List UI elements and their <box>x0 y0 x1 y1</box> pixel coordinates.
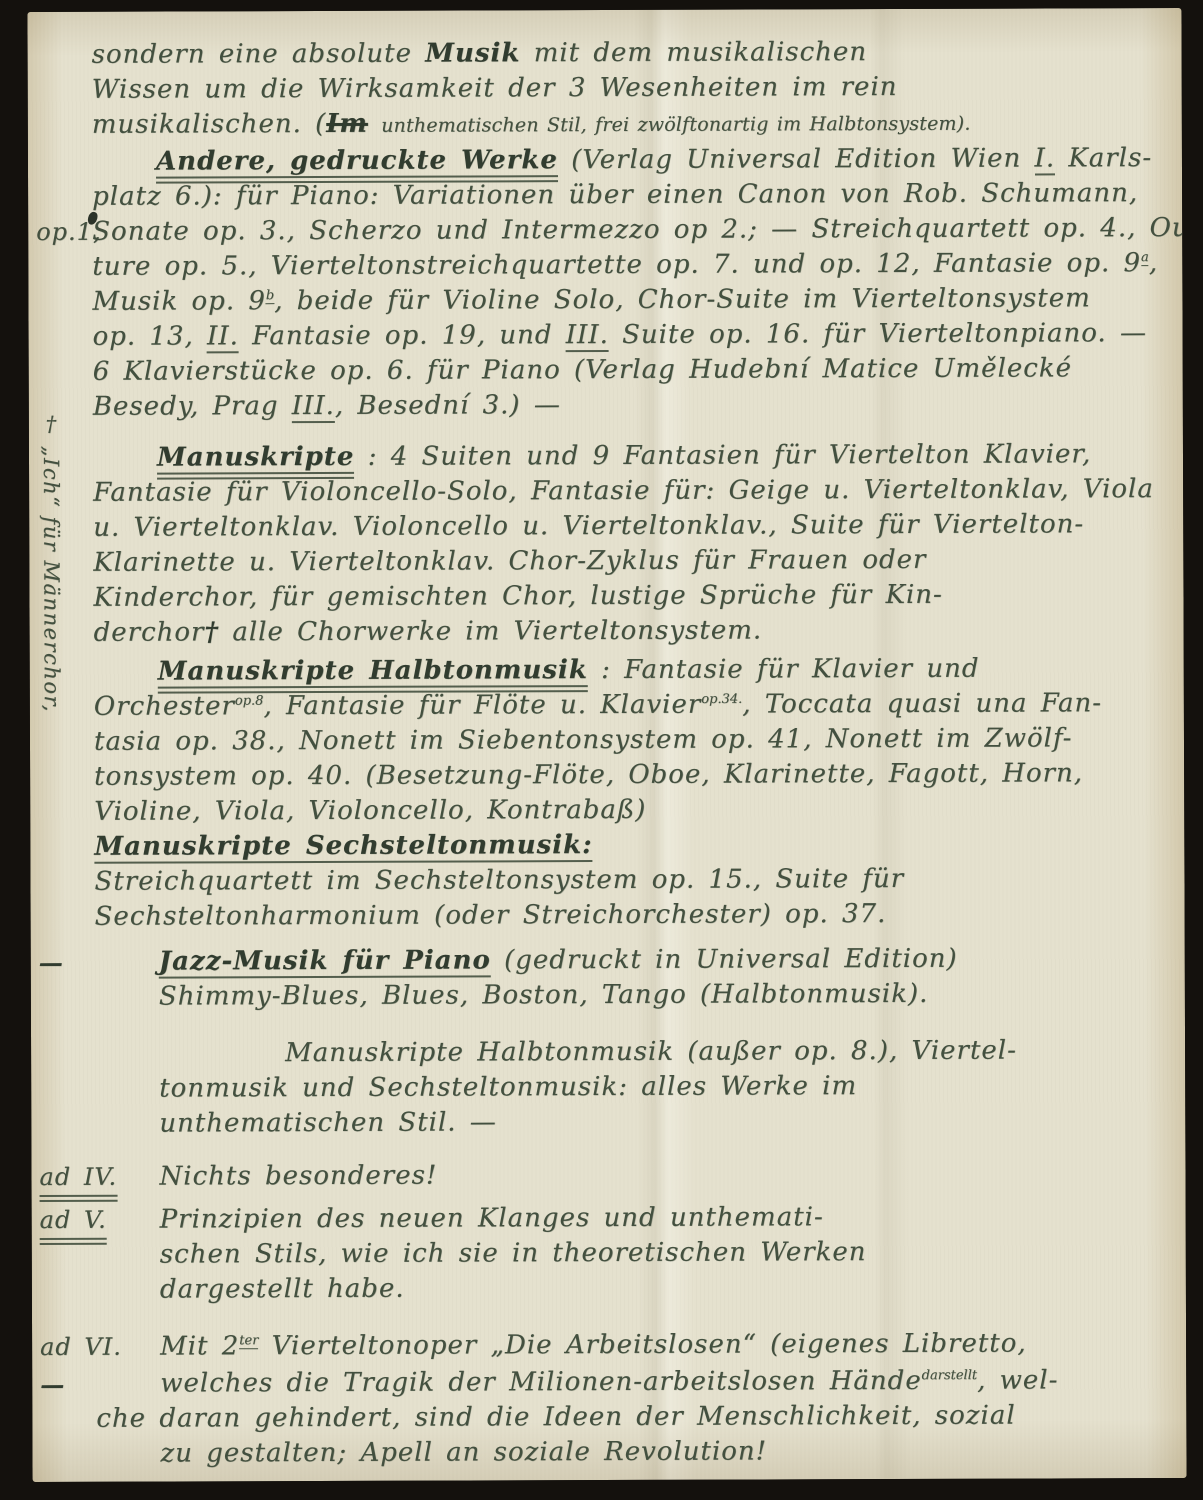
text-segment: zu gestalten; Apell an soziale Revolutio… <box>160 1436 767 1468</box>
text-segment: welches die Tragik der Milionen-arbeitsl… <box>160 1366 922 1399</box>
text-segment: Orchester <box>94 691 235 721</box>
text-segment: Prinzipien des neuen Klanges und unthema… <box>160 1202 824 1234</box>
manuscript-line: Wissen um die Wirksamkeit der 3 Wesenhei… <box>92 69 1158 108</box>
text-segment: Manuskripte <box>157 442 355 480</box>
text-segment: II. <box>207 321 239 353</box>
text-segment: (gedruckt in Universal Edition) <box>491 944 958 976</box>
text-segment: Violine, Viola, Violoncello, Kontrabaß) <box>94 795 646 827</box>
text-segment: sondern eine absolute <box>92 39 426 70</box>
text-segment: Jazz-Musik für Piano <box>159 945 491 978</box>
manuscript-line: Manuskripte Halbtonmusik (außer op. 8.),… <box>95 1033 1161 1072</box>
text-segment: ter <box>239 1334 258 1350</box>
margin-label: — <box>40 1367 65 1402</box>
text-segment: Musik <box>425 38 520 68</box>
photograph-background: { "page": { "background_color": "#14110d… <box>0 0 1203 1500</box>
text-segment: op.8 <box>235 694 264 709</box>
manuscript-line: —welches die Tragik der Milionen-arbeits… <box>96 1363 1162 1402</box>
manuscript-page: † „Ich“ für Männerchor, sondern eine abs… <box>27 8 1186 1482</box>
manuscript-line: 6 Klavierstücke op. 6. für Piano (Verlag… <box>93 351 1159 390</box>
manuscript-line: tasia op. 38., Nonett im Siebentonsystem… <box>94 721 1160 760</box>
manuscript-line: Klarinette u. Vierteltonklav. Chor-Zyklu… <box>93 542 1159 581</box>
text-segment: tonsystem op. 40. (Besetzung-Flöte, Oboe… <box>94 758 1083 791</box>
text-segment: Sechsteltonharmonium (oder Streichorches… <box>95 899 887 932</box>
text-segment: mit dem musikalischen <box>520 37 867 68</box>
text-segment: Nichts besonderes! <box>159 1161 437 1192</box>
manuscript-line: Manuskripte : 4 Suiten und 9 Fantasien f… <box>93 437 1159 476</box>
text-segment: Vierteltonoper „Die Arbeitslosen“ (eigen… <box>258 1329 1026 1362</box>
text-segment: , Fantasie für Flöte u. Klavier <box>263 690 701 722</box>
manuscript-line: dargestellt habe. <box>96 1269 1162 1308</box>
manuscript-line: che daran gehindert, sind die Ideen der … <box>96 1398 1162 1437</box>
manuscript-line: ture op. 5., Vierteltonstreichquartette … <box>92 246 1158 285</box>
text-segment: III. <box>292 391 335 423</box>
manuscript-line: sondern eine absolute Musik mit dem musi… <box>92 34 1158 73</box>
text-segment: op. 13, <box>93 321 208 351</box>
text-segment: Sonate op. 3., Scherzo und Intermezzo op… <box>92 213 1186 247</box>
manuscript-line: ad VI.Mit 2ter Vierteltonoper „Die Arbei… <box>96 1326 1162 1365</box>
text-segment: platz 6.): für Piano: Variationen über e… <box>92 178 1138 212</box>
manuscript-line: u. Vierteltonklav. Violoncello u. Vierte… <box>93 507 1159 546</box>
text-segment: , wel- <box>977 1365 1058 1395</box>
text-segment: : Fantasie für Klavier und <box>588 654 980 685</box>
manuscript-lines: sondern eine absolute Musik mit dem musi… <box>92 34 1163 1472</box>
text-segment: Manuskripte Halbtonmusik (außer op. 8.),… <box>285 1036 1017 1069</box>
manuscript-line: Kinderchor, für gemischten Chor, lustige… <box>93 577 1159 616</box>
text-segment: unthematischen Stil, frei zwölftonartig … <box>381 113 970 137</box>
text-segment: Fantasie für Violoncello-Solo, Fantasie … <box>93 474 1154 508</box>
text-segment: Suite op. 16. für Vierteltonpiano. — <box>609 318 1147 350</box>
margin-note-vertical: † „Ich“ für Männerchor, <box>39 412 65 852</box>
manuscript-line: musikalischen. (Im unthematischen Stil, … <box>92 104 1158 145</box>
manuscript-line: Violine, Viola, Violoncello, Kontrabaß) <box>94 791 1160 830</box>
text-segment: , Toccata quasi una Fan- <box>742 688 1102 719</box>
text-segment: † <box>204 617 219 647</box>
manuscript-line: op. 13, II. Fantasie op. 19, und III. Su… <box>93 316 1159 355</box>
manuscript-line: Besedy, Prag III., Besední 3.) — <box>93 386 1159 425</box>
text-segment: Besedy, Prag <box>93 391 292 422</box>
text-segment: Klarinette u. Vierteltonklav. Chor-Zyklu… <box>93 545 926 578</box>
manuscript-line: Orchesterop.8, Fantasie für Flöte u. Kla… <box>94 686 1160 725</box>
manuscript-line: Musik op. 9b, beide für Violine Solo, Ch… <box>92 281 1158 320</box>
manuscript-line: Fantasie für Violoncello-Solo, Fantasie … <box>93 472 1159 511</box>
text-segment: che daran gehindert, sind die Ideen der … <box>96 1401 1015 1434</box>
manuscript-line: Sechsteltonharmonium (oder Streichorches… <box>95 896 1161 935</box>
text-segment: b <box>266 289 274 305</box>
manuscript-line: unthematischen Stil. — <box>95 1103 1161 1142</box>
text-segment: Karls- <box>1055 143 1152 173</box>
manuscript-line: Streichquartett im Sechsteltonsystem op.… <box>94 861 1160 900</box>
manuscript-line: ad V.Prinzipien des neuen Klanges und un… <box>96 1199 1162 1238</box>
text-segment: dargestellt habe. <box>160 1274 405 1305</box>
text-segment: ture op. 5., Vierteltonstreichquartette … <box>92 248 1141 282</box>
text-segment: I. <box>1034 143 1055 175</box>
text-segment: , <box>1149 248 1158 278</box>
manuscript-line: tonmusik und Sechsteltonmusik: alles Wer… <box>95 1068 1161 1107</box>
margin-label: ad IV. <box>39 1160 117 1202</box>
manuscript-line: op.1,Sonate op. 3., Scherzo und Intermez… <box>92 211 1158 250</box>
manuscript-line: Manuskripte Sechsteltonmusik: <box>94 826 1160 865</box>
text-segment: Manuskripte Sechsteltonmusik: <box>94 830 592 864</box>
manuscript-line: derchor† alle Chorwerke im Vierteltonsys… <box>94 612 1160 651</box>
text-segment: , Besední 3.) — <box>335 390 561 421</box>
manuscript-line: ad IV.Nichts besonderes! <box>95 1156 1161 1195</box>
margin-label: op.1, <box>36 215 101 250</box>
text-segment: , beide für Violine Solo, Chor-Suite im … <box>274 283 1091 316</box>
text-segment: musikalischen. ( <box>92 109 327 140</box>
text-segment: Kinderchor, für gemischten Chor, lustige… <box>93 580 942 613</box>
text-segment: (Verlag Universal Edition Wien <box>558 144 1035 176</box>
manuscript-line: Andere, gedruckte Werke (Verlag Universa… <box>92 141 1158 180</box>
text-segment: u. Vierteltonklav. Violoncello u. Vierte… <box>93 509 1084 542</box>
text-segment: Fantasie op. 19, und <box>239 320 566 351</box>
text-segment: Im <box>326 109 368 139</box>
margin-label: — <box>39 945 64 980</box>
text-segment: derchor <box>94 617 205 647</box>
text-segment: schen Stils, wie ich sie in theoretische… <box>160 1237 867 1269</box>
text-segment: III. <box>566 320 609 352</box>
manuscript-line: schen Stils, wie ich sie in theoretische… <box>96 1234 1162 1273</box>
text-segment: 6 Klavierstücke op. 6. für Piano (Verlag… <box>93 353 1072 386</box>
manuscript-line: —Jazz-Musik für Piano (gedruckt in Unive… <box>95 941 1161 980</box>
manuscript-line: zu gestalten; Apell an soziale Revolutio… <box>96 1433 1162 1472</box>
manuscript-line: platz 6.): für Piano: Variationen über e… <box>92 176 1158 215</box>
text-segment: op.34. <box>701 692 742 707</box>
text-segment: unthematischen Stil. — <box>159 1107 497 1138</box>
text-segment: Mit 2 <box>160 1331 239 1361</box>
text-segment: darstellt <box>922 1368 977 1383</box>
text-segment: Wissen um die Wirksamkeit der 3 Wesenhei… <box>92 72 898 105</box>
text-segment: Streichquartett im Sechsteltonsystem op.… <box>94 864 904 897</box>
margin-label: ad VI. <box>40 1330 122 1365</box>
manuscript-line: tonsystem op. 40. (Besetzung-Flöte, Oboe… <box>94 756 1160 795</box>
text-segment: Musik op. 9 <box>92 286 266 317</box>
text-segment: alle Chorwerke im Vierteltonsystem. <box>219 615 762 647</box>
text-segment: : 4 Suiten und 9 Fantasien für Viertelto… <box>354 439 1091 472</box>
manuscript-line: Manuskripte Halbtonmusik : Fantasie für … <box>94 651 1160 690</box>
text-segment <box>368 109 381 139</box>
text-segment: tasia op. 38., Nonett im Siebentonsystem… <box>94 723 1073 756</box>
manuscript-line: Shimmy-Blues, Blues, Boston, Tango (Halb… <box>95 976 1161 1015</box>
text-segment: tonmusik und Sechsteltonmusik: alles Wer… <box>159 1071 857 1103</box>
text-segment: Shimmy-Blues, Blues, Boston, Tango (Halb… <box>159 979 929 1012</box>
